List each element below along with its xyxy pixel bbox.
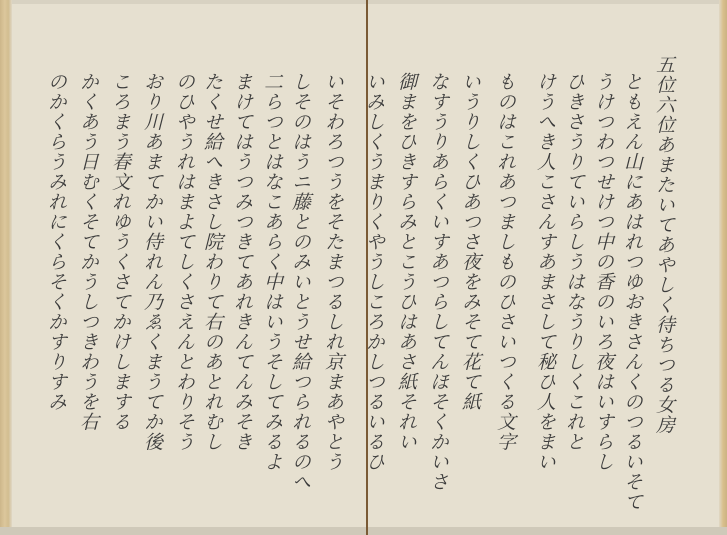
text-column: おり川あまてかい侍れん乃ゑくまうてか後 [141, 72, 163, 452]
left-page-edge [0, 0, 12, 535]
text-column: 御まをひきすらみとこうひはあさ紙それい [395, 72, 417, 452]
text-column: うけつわつせけつ中の香のいろ夜はいすらし [592, 72, 614, 472]
text-column: ともえん山にあはれつゆおきさんくのつるいそて [621, 72, 643, 512]
text-column: しそのはうニ藤とのみいとうせ給つられるのへ [289, 72, 311, 492]
text-column: ものはこれあつましものひさいつくる文字 [494, 72, 516, 452]
text-column: 五位六位あまたいてあやしく待ちつる女房 [653, 55, 675, 435]
text-column: まけてはうつみつきてあれきんてんみそき [231, 72, 253, 452]
manuscript-spread: 五位六位あまたいてあやしく待ちつる女房ともえん山にあはれつゆおきさんくのつるいそ… [0, 0, 727, 535]
text-column: けうへき人こさんすあまさして秘ひ人をまい [534, 72, 556, 472]
text-column: ひきさうりていらしうはなうりしくこれと [563, 72, 585, 452]
text-column: いそわろつうをそたまつるしれ京まあやとう [322, 72, 344, 472]
text-column: のかくらうみれにくらそくかすりすみ [45, 72, 67, 412]
text-column: なすうりあらくいすあつらしてんほそくかいさ [427, 72, 449, 492]
text-column: 二らつとはなこあらく中はいうそしてみるよ [261, 72, 283, 472]
text-column: ころまう春文れゆうくさてかけしまする [109, 72, 131, 432]
text-column: のひやうれはまよてしくさえんとわりそう [173, 72, 195, 452]
text-column: いみしくうまりくやうしころかしつるいるひ [363, 72, 385, 472]
text-column: かくあう日むくそてかうしつきわうを右 [77, 72, 99, 432]
text-column: いうりしくひあつさ夜をみそて花て紙 [459, 72, 481, 412]
text-column: たくせ給へきさし院わりて右のあとれむし [201, 72, 223, 452]
bottom-edge [0, 527, 727, 535]
right-page-edge [719, 0, 727, 535]
